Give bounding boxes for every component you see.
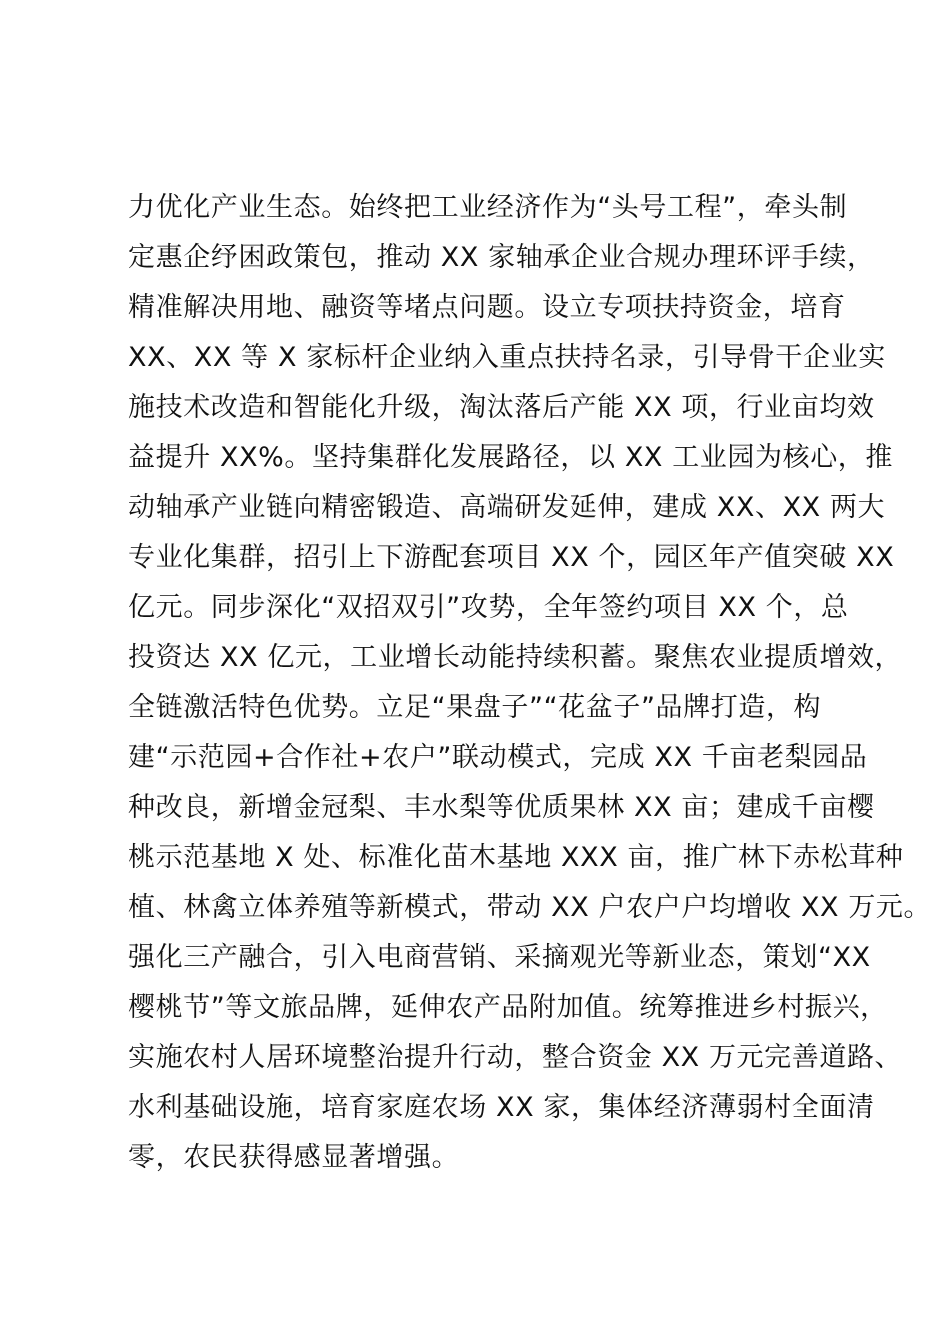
paragraph-line: 益提升 XX%。坚持集群化发展路径，以 XX 工业园为核心，推 <box>128 433 838 483</box>
paragraph-line: 植、林禽立体养殖等新模式，带动 XX 户农户户均增收 XX 万元。 <box>128 883 838 933</box>
paragraph-line: 动轴承产业链向精密锻造、高端研发延伸，建成 XX、XX 两大 <box>128 483 838 533</box>
paragraph-line: 精准解决用地、融资等堵点问题。设立专项扶持资金，培育 <box>128 283 838 333</box>
paragraph-line: 种改良，新增金冠梨、丰水梨等优质果林 XX 亩；建成千亩樱 <box>128 783 838 833</box>
paragraph-line: 专业化集群，招引上下游配套项目 XX 个，园区年产值突破 XX <box>128 533 838 583</box>
body-paragraph: 力优化产业生态。始终把工业经济作为“头号工程”，牵头制 定惠企纾困政策包，推动 … <box>128 183 838 1183</box>
paragraph-line: XX、XX 等 X 家标杆企业纳入重点扶持名录，引导骨干企业实 <box>128 333 838 383</box>
paragraph-line: 全链激活特色优势。立足“果盘子”“花盆子”品牌打造，构 <box>128 683 838 733</box>
paragraph-line: 亿元。同步深化“双招双引”攻势，全年签约项目 XX 个，总 <box>128 583 838 633</box>
paragraph-line: 力优化产业生态。始终把工业经济作为“头号工程”，牵头制 <box>128 183 838 233</box>
paragraph-line: 水利基础设施，培育家庭农场 XX 家，集体经济薄弱村全面清 <box>128 1083 838 1133</box>
paragraph-line: 实施农村人居环境整治提升行动，整合资金 XX 万元完善道路、 <box>128 1033 838 1083</box>
paragraph-line: 施技术改造和智能化升级，淘汰落后产能 XX 项，行业亩均效 <box>128 383 838 433</box>
paragraph-line: 樱桃节”等文旅品牌，延伸农产品附加值。统筹推进乡村振兴， <box>128 983 838 1033</box>
paragraph-line: 定惠企纾困政策包，推动 XX 家轴承企业合规办理环评手续， <box>128 233 838 283</box>
document-page: 力优化产业生态。始终把工业经济作为“头号工程”，牵头制 定惠企纾困政策包，推动 … <box>0 0 950 1344</box>
paragraph-line: 投资达 XX 亿元，工业增长动能持续积蓄。聚焦农业提质增效， <box>128 633 838 683</box>
paragraph-line: 桃示范基地 X 处、标准化苗木基地 XXX 亩，推广林下赤松茸种 <box>128 833 838 883</box>
paragraph-line: 建“示范园+合作社+农户”联动模式，完成 XX 千亩老梨园品 <box>128 733 838 783</box>
paragraph-line: 零，农民获得感显著增强。 <box>128 1133 838 1183</box>
paragraph-line: 强化三产融合，引入电商营销、采摘观光等新业态，策划“XX <box>128 933 838 983</box>
